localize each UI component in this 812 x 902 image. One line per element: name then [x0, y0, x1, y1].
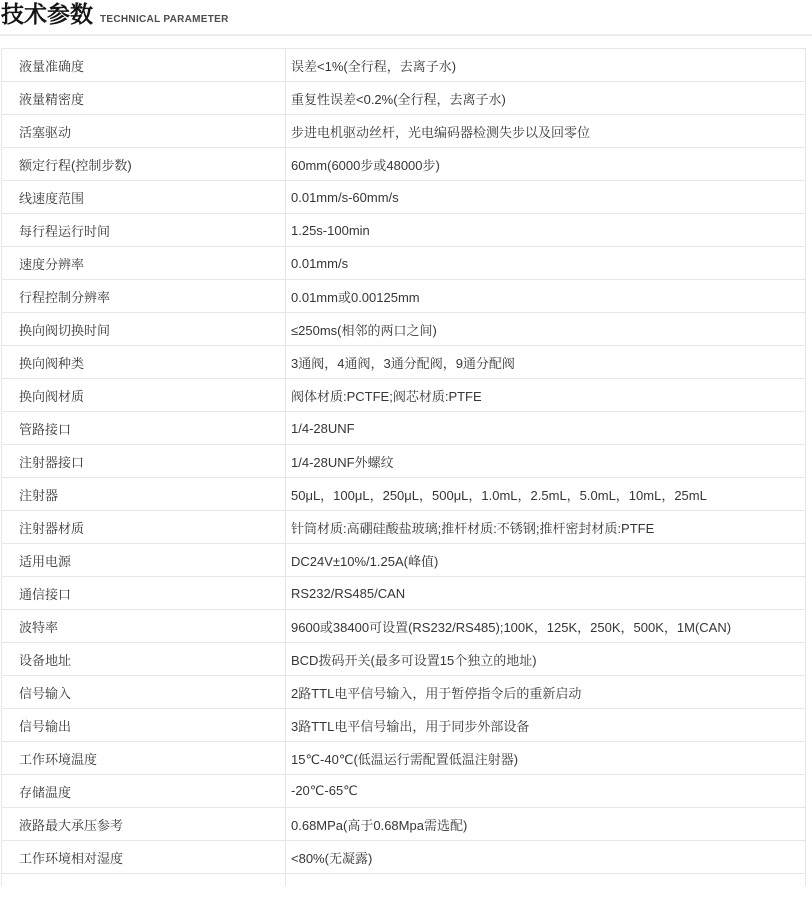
- param-name-cell: 注射器: [2, 478, 286, 511]
- param-value-cell: 60mm(6000步或48000步): [286, 148, 806, 181]
- param-value-cell: 重复性误差<0.2%(全行程，去离子水): [286, 82, 806, 115]
- table-row: 通信接口 RS232/RS485/CAN: [2, 577, 806, 610]
- param-name-cell: 每行程运行时间: [2, 214, 286, 247]
- param-value-cell: 针筒材质:高硼硅酸盐玻璃;推杆材质:不锈钢;推杆密封材质:PTFE: [286, 511, 806, 544]
- param-value-cell: [286, 874, 806, 886]
- param-name-cell: 换向阀种类: [2, 346, 286, 379]
- param-value-cell: 误差<1%(全行程，去离子水): [286, 49, 806, 82]
- param-value-cell: 50μL，100μL，250μL，500μL，1.0mL，2.5mL，5.0mL…: [286, 478, 806, 511]
- param-value-cell: 3通阀，4通阀，3通分配阀，9通分配阀: [286, 346, 806, 379]
- table-row: 额定行程(控制步数) 60mm(6000步或48000步): [2, 148, 806, 181]
- section-header: 技术参数 TECHNICAL PARAMETER: [0, 0, 812, 36]
- param-name-cell: 工作环境相对湿度: [2, 841, 286, 874]
- table-row: 管路接口 1/4-28UNF: [2, 412, 806, 445]
- param-value-cell: <80%(无凝露): [286, 841, 806, 874]
- param-name-cell: 换向阀材质: [2, 379, 286, 412]
- table-row: 存储温度 -20℃-65℃: [2, 775, 806, 808]
- spec-table: 液量准确度 误差<1%(全行程，去离子水) 液量精密度 重复性误差<0.2%(全…: [1, 48, 806, 886]
- table-row: 行程控制分辨率 0.01mm或0.00125mm: [2, 280, 806, 313]
- param-name-cell: 管路接口: [2, 412, 286, 445]
- param-value-cell: 1.25s-100min: [286, 214, 806, 247]
- table-row: 信号输出 3路TTL电平信号输出，用于同步外部设备: [2, 709, 806, 742]
- table-row: 设备地址 BCD拨码开关(最多可设置15个独立的地址): [2, 643, 806, 676]
- param-value-cell: 9600或38400可设置(RS232/RS485);100K，125K，250…: [286, 610, 806, 643]
- table-row: 速度分辨率 0.01mm/s: [2, 247, 806, 280]
- param-value-cell: 阀体材质:PCTFE;阀芯材质:PTFE: [286, 379, 806, 412]
- param-name-cell: 液量精密度: [2, 82, 286, 115]
- param-name-cell: 线速度范围: [2, 181, 286, 214]
- param-value-cell: 0.01mm/s: [286, 247, 806, 280]
- param-value-cell: 3路TTL电平信号输出，用于同步外部设备: [286, 709, 806, 742]
- table-row: 换向阀种类 3通阀，4通阀，3通分配阀，9通分配阀: [2, 346, 806, 379]
- table-row: 活塞驱动 步进电机驱动丝杆，光电编码器检测失步以及回零位: [2, 115, 806, 148]
- table-row: 线速度范围 0.01mm/s-60mm/s: [2, 181, 806, 214]
- param-name-cell: 液量准确度: [2, 49, 286, 82]
- param-name-cell: 适用电源: [2, 544, 286, 577]
- param-name-cell: 活塞驱动: [2, 115, 286, 148]
- param-value-cell: 1/4-28UNF: [286, 412, 806, 445]
- table-row: 液路最大承压参考 0.68MPa(高于0.68Mpa需选配): [2, 808, 806, 841]
- param-name-cell: 注射器材质: [2, 511, 286, 544]
- table-row: 液量准确度 误差<1%(全行程，去离子水): [2, 49, 806, 82]
- table-row: 工作环境相对湿度 <80%(无凝露): [2, 841, 806, 874]
- param-value-cell: DC24V±10%/1.25A(峰值): [286, 544, 806, 577]
- param-name-cell: 设备地址: [2, 643, 286, 676]
- table-row: [2, 874, 806, 886]
- param-name-cell: 额定行程(控制步数): [2, 148, 286, 181]
- table-row: 液量精密度 重复性误差<0.2%(全行程，去离子水): [2, 82, 806, 115]
- page-subtitle: TECHNICAL PARAMETER: [100, 14, 229, 25]
- param-name-cell: 波特率: [2, 610, 286, 643]
- table-row: 信号输入 2路TTL电平信号输入，用于暂停指令后的重新启动: [2, 676, 806, 709]
- table-row: 工作环境温度 15℃-40℃(低温运行需配置低温注射器): [2, 742, 806, 775]
- param-value-cell: 0.68MPa(高于0.68Mpa需选配): [286, 808, 806, 841]
- param-value-cell: 15℃-40℃(低温运行需配置低温注射器): [286, 742, 806, 775]
- param-name-cell: 速度分辨率: [2, 247, 286, 280]
- param-value-cell: 步进电机驱动丝杆，光电编码器检测失步以及回零位: [286, 115, 806, 148]
- table-row: 波特率 9600或38400可设置(RS232/RS485);100K，125K…: [2, 610, 806, 643]
- table-row: 注射器 50μL，100μL，250μL，500μL，1.0mL，2.5mL，5…: [2, 478, 806, 511]
- param-value-cell: ≤250ms(相邻的两口之间): [286, 313, 806, 346]
- param-name-cell: 液路最大承压参考: [2, 808, 286, 841]
- table-row: 注射器材质 针筒材质:高硼硅酸盐玻璃;推杆材质:不锈钢;推杆密封材质:PTFE: [2, 511, 806, 544]
- table-row: 注射器接口 1/4-28UNF外螺纹: [2, 445, 806, 478]
- spec-table-body: 液量准确度 误差<1%(全行程，去离子水) 液量精密度 重复性误差<0.2%(全…: [2, 49, 806, 886]
- table-row: 换向阀切换时间 ≤250ms(相邻的两口之间): [2, 313, 806, 346]
- technical-parameters-section: 技术参数 TECHNICAL PARAMETER 液量准确度 误差<1%(全行程…: [0, 0, 812, 886]
- param-value-cell: 0.01mm或0.00125mm: [286, 280, 806, 313]
- param-name-cell: 工作环境温度: [2, 742, 286, 775]
- param-value-cell: -20℃-65℃: [286, 775, 806, 808]
- param-value-cell: 2路TTL电平信号输入，用于暂停指令后的重新启动: [286, 676, 806, 709]
- table-row: 每行程运行时间 1.25s-100min: [2, 214, 806, 247]
- table-row: 换向阀材质 阀体材质:PCTFE;阀芯材质:PTFE: [2, 379, 806, 412]
- param-value-cell: 0.01mm/s-60mm/s: [286, 181, 806, 214]
- param-value-cell: BCD拨码开关(最多可设置15个独立的地址): [286, 643, 806, 676]
- param-value-cell: RS232/RS485/CAN: [286, 577, 806, 610]
- param-name-cell: 存储温度: [2, 775, 286, 808]
- param-name-cell: 通信接口: [2, 577, 286, 610]
- param-name-cell: 行程控制分辨率: [2, 280, 286, 313]
- table-row: 适用电源 DC24V±10%/1.25A(峰值): [2, 544, 806, 577]
- param-name-cell: 换向阀切换时间: [2, 313, 286, 346]
- param-name-cell: 注射器接口: [2, 445, 286, 478]
- param-name-cell: 信号输入: [2, 676, 286, 709]
- param-name-cell: [2, 874, 286, 886]
- page-title: 技术参数: [1, 1, 93, 27]
- param-value-cell: 1/4-28UNF外螺纹: [286, 445, 806, 478]
- param-name-cell: 信号输出: [2, 709, 286, 742]
